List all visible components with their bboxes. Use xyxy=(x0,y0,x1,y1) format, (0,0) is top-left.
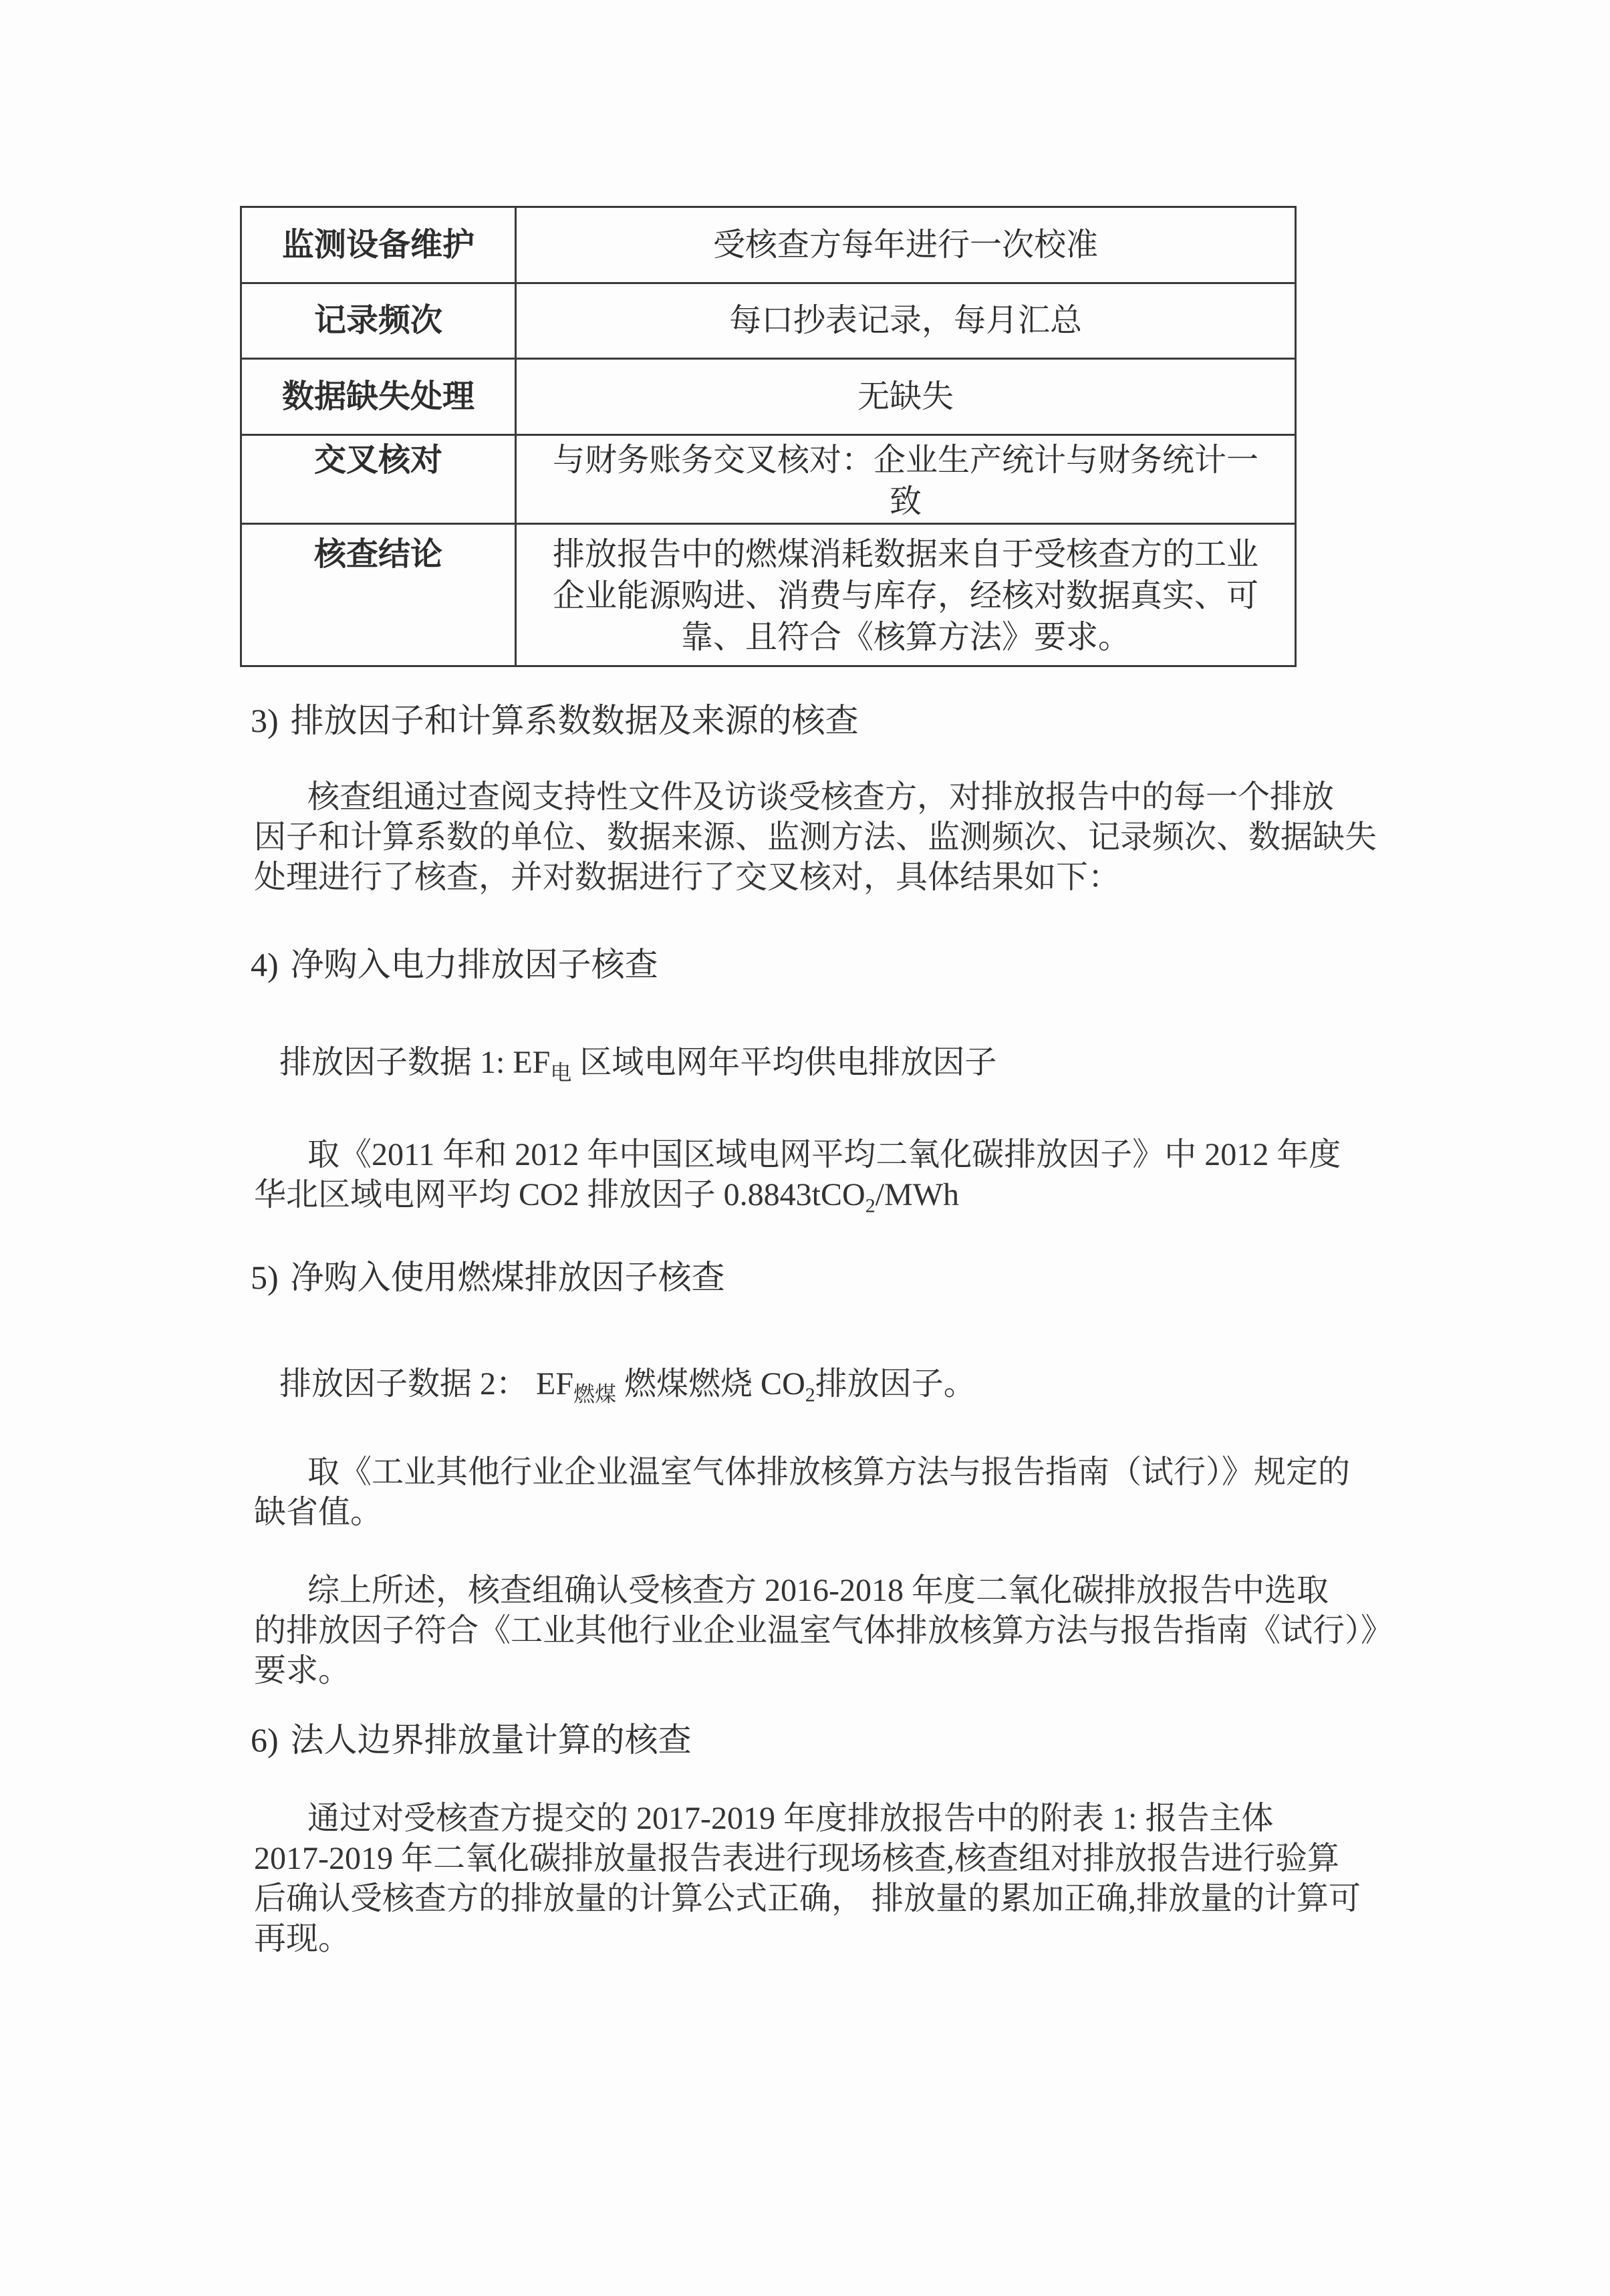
paragraph-line: 核查组通过查阅支持性文件及访谈受核查方，对排放报告中的每一个排放 xyxy=(254,777,1403,817)
table-value-line: 靠、且符合《核算方法》要求。 xyxy=(531,617,1280,658)
table-row: 交叉核对 与财务账务交叉核对：企业生产统计与财务统计一 致 xyxy=(241,435,1296,524)
paragraph-grid-factor-source: 取《2011 年和 2012 年中国区域电网平均二氧化碳排放因子》中 2012 … xyxy=(254,1135,1403,1215)
ef2-text: 排放因子数据 2： EF xyxy=(279,1366,573,1402)
paragraph-line: 2017-2019 年二氧化碳排放量报告表进行现场核查,核查组对排放报告进行验算 xyxy=(254,1839,1403,1879)
table-row: 监测设备维护 受核查方每年进行一次校准 xyxy=(241,207,1296,283)
paragraph-line: 后确认受核查方的排放量的计算公式正确， 排放量的累加正确,排放量的计算可 xyxy=(254,1879,1403,1919)
section-heading-5: 5)净购入使用燃煤排放因子核查 xyxy=(251,1257,725,1297)
paragraph-line: 华北区域电网平均 CO2 排放因子 0.8843tCO2/MWh xyxy=(254,1175,1403,1215)
ef1-subscript: 电 xyxy=(550,1061,571,1085)
paragraph-line: 通过对受核查方提交的 2017-2019 年度排放报告中的附表 1: 报告主体 xyxy=(254,1799,1403,1839)
section-number: 6) xyxy=(251,1720,279,1760)
table-value-cell: 无缺失 xyxy=(516,359,1296,435)
table-value-cell: 每口抄表记录，每月汇总 xyxy=(516,283,1296,359)
ef2-text-tail: 排放因子。 xyxy=(815,1366,976,1402)
table-value-cell: 受核查方每年进行一次校准 xyxy=(516,207,1296,283)
section-heading-3: 3)排放因子和计算系数数据及来源的核查 xyxy=(251,700,859,741)
table-value-cell: 排放报告中的燃煤消耗数据来自于受核查方的工业 企业能源购进、消费与库存，经核对数… xyxy=(516,524,1296,666)
table-value-line: 每口抄表记录，每月汇总 xyxy=(531,300,1280,342)
section-number: 3) xyxy=(251,700,279,741)
paragraph-boundary-check: 通过对受核查方提交的 2017-2019 年度排放报告中的附表 1: 报告主体 … xyxy=(254,1799,1403,1959)
table-label-cell: 监测设备维护 xyxy=(241,207,516,283)
emission-factor-1-line: 排放因子数据 1: EF电 区域电网年平均供电排放因子 xyxy=(279,1043,996,1083)
table-value-line: 企业能源购进、消费与库存，经核对数据真实、可 xyxy=(531,576,1280,617)
section-title: 净购入使用燃煤排放因子核查 xyxy=(291,1259,725,1296)
table-label-cell: 记录频次 xyxy=(241,283,516,359)
table-value-line: 受核查方每年进行一次校准 xyxy=(531,225,1280,266)
paragraph-line: 综上所述，核查组确认受核查方 2016-2018 年度二氧化碳排放报告中选取 xyxy=(254,1571,1403,1611)
table-value-line: 致 xyxy=(531,481,1280,523)
paragraph-default-value: 取《工业其他行业企业温室气体排放核算方法与报告指南（试行）》规定的 缺省值。 xyxy=(254,1452,1403,1533)
ef2-text-mid: 燃煤燃烧 CO xyxy=(616,1366,805,1402)
table-label-cell: 交叉核对 xyxy=(241,435,516,524)
paragraph-factor-conclusion: 综上所述，核查组确认受核查方 2016-2018 年度二氧化碳排放报告中选取 的… xyxy=(254,1571,1403,1691)
section-title: 排放因子和计算系数数据及来源的核查 xyxy=(291,702,859,739)
section-heading-6: 6)法人边界排放量计算的核查 xyxy=(251,1720,692,1760)
ef2-co2-subscript: 2 xyxy=(805,1384,815,1406)
section-heading-4: 4)净购入电力排放因子核查 xyxy=(251,944,658,985)
paragraph-line: 取《工业其他行业企业温室气体排放核算方法与报告指南（试行）》规定的 xyxy=(254,1452,1403,1493)
ef1-text: 排放因子数据 1: EF xyxy=(279,1045,550,1080)
section-title: 净购入电力排放因子核查 xyxy=(291,946,658,983)
section-number: 4) xyxy=(251,944,279,985)
paragraph-line: 因子和计算系数的单位、数据来源、监测方法、监测频次、记录频次、数据缺失 xyxy=(254,817,1403,858)
table-value-line: 排放报告中的燃煤消耗数据来自于受核查方的工业 xyxy=(531,534,1280,576)
table-label-cell: 数据缺失处理 xyxy=(241,359,516,435)
table-row: 数据缺失处理 无缺失 xyxy=(241,359,1296,435)
section-number: 5) xyxy=(251,1257,279,1297)
ef2-subscript: 燃煤 xyxy=(573,1382,616,1406)
table-row: 记录频次 每口抄表记录，每月汇总 xyxy=(241,283,1296,359)
paragraph-line: 要求。 xyxy=(254,1651,1403,1691)
paragraph-line: 缺省值。 xyxy=(254,1493,1403,1533)
co2-factor-unit: /MWh xyxy=(876,1177,959,1213)
table-row: 核查结论 排放报告中的燃煤消耗数据来自于受核查方的工业 企业能源购进、消费与库存… xyxy=(241,524,1296,666)
emission-factor-2-line: 排放因子数据 2： EF燃煤 燃煤燃烧 CO2排放因子。 xyxy=(279,1364,976,1404)
document-page: 监测设备维护 受核查方每年进行一次校准 记录频次 每口抄表记录，每月汇总 数据缺… xyxy=(0,0,1610,2296)
table-label-cell: 核查结论 xyxy=(241,524,516,666)
ef1-text-tail: 区域电网年平均供电排放因子 xyxy=(571,1045,996,1080)
section-title: 法人边界排放量计算的核查 xyxy=(291,1721,692,1759)
paragraph-emission-factor-check: 核查组通过查阅支持性文件及访谈受核查方，对排放报告中的每一个排放 因子和计算系数… xyxy=(254,777,1403,898)
table-value-line: 与财务账务交叉核对：企业生产统计与财务统计一 xyxy=(531,440,1280,481)
co2-factor-text: 华北区域电网平均 CO2 排放因子 0.8843tCO xyxy=(254,1177,865,1213)
co2-subscript: 2 xyxy=(865,1195,876,1217)
table-value-cell: 与财务账务交叉核对：企业生产统计与财务统计一 致 xyxy=(516,435,1296,524)
verification-table: 监测设备维护 受核查方每年进行一次校准 记录频次 每口抄表记录，每月汇总 数据缺… xyxy=(240,206,1297,667)
paragraph-line: 的排放因子符合《工业其他行业企业温室气体排放核算方法与报告指南《试行）》 xyxy=(254,1611,1403,1651)
table-value-line: 无缺失 xyxy=(531,376,1280,418)
paragraph-line: 再现。 xyxy=(254,1919,1403,1959)
paragraph-line: 取《2011 年和 2012 年中国区域电网平均二氧化碳排放因子》中 2012 … xyxy=(254,1135,1403,1175)
paragraph-line: 处理进行了核查，并对数据进行了交叉核对，具体结果如下： xyxy=(254,858,1403,898)
